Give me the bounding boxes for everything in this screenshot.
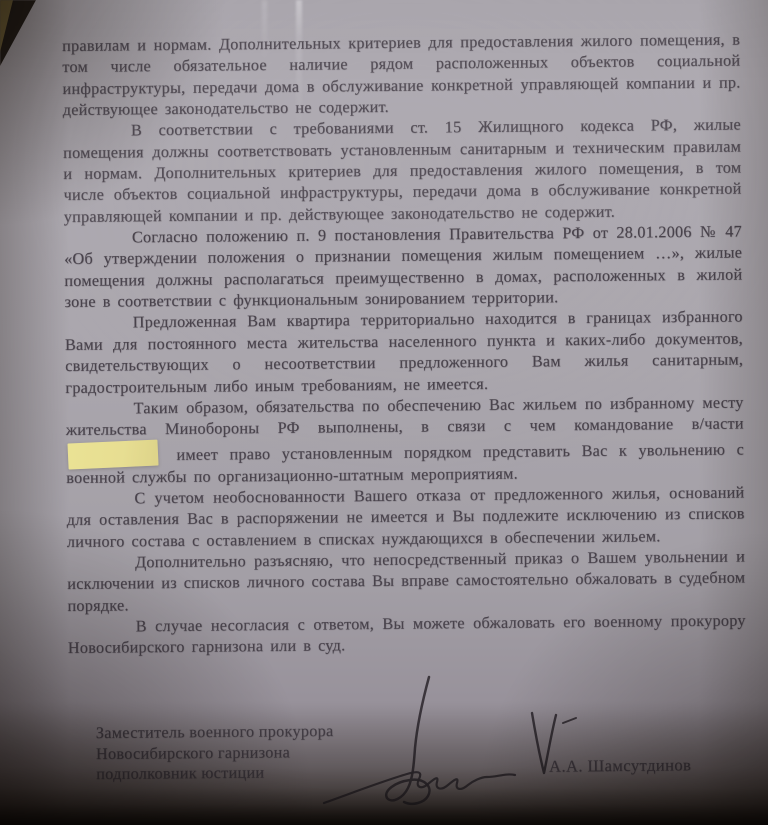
document-photo: правилам и нормам. Дополнительных критер… <box>0 0 768 825</box>
signature-stroke <box>324 772 515 803</box>
paragraph: С учетом необоснованности Вашего отказа … <box>66 482 745 553</box>
paragraph-with-redaction: Таким образом, обязательства по обеспече… <box>65 392 744 489</box>
signer-title-line: подполковник юстиции <box>96 762 334 785</box>
signature-block: Заместитель военного прокурора Новосибир… <box>96 721 334 785</box>
handwritten-signature <box>300 655 580 825</box>
signer-title-line: Новосибирского гарнизона <box>96 742 334 765</box>
signature-stroke <box>386 677 429 804</box>
paragraph: В соответствии с требованиями ст. 15 Жил… <box>63 115 742 228</box>
paragraph: В случае несогласия с ответом, Вы можете… <box>68 610 746 659</box>
paragraph: правилам и нормам. Дополнительных критер… <box>62 29 741 121</box>
signature-dash <box>563 718 576 723</box>
signer-title-line: Заместитель военного прокурора <box>96 721 334 744</box>
signature-check-mark <box>532 713 556 773</box>
letter-body: правилам и нормам. Дополнительных критер… <box>62 29 746 659</box>
paragraph: Согласно положению п. 9 постановления Пр… <box>64 222 743 314</box>
paragraph-text: имеет право установленным порядком предс… <box>66 440 744 487</box>
paragraph-text: Таким образом, обязательства по обеспече… <box>66 393 744 439</box>
paragraph: Предложенная Вам квартира территориально… <box>65 307 744 399</box>
paragraph: Дополнительно разъясняю, что непосредств… <box>67 546 746 617</box>
redaction-sticker <box>67 439 158 469</box>
